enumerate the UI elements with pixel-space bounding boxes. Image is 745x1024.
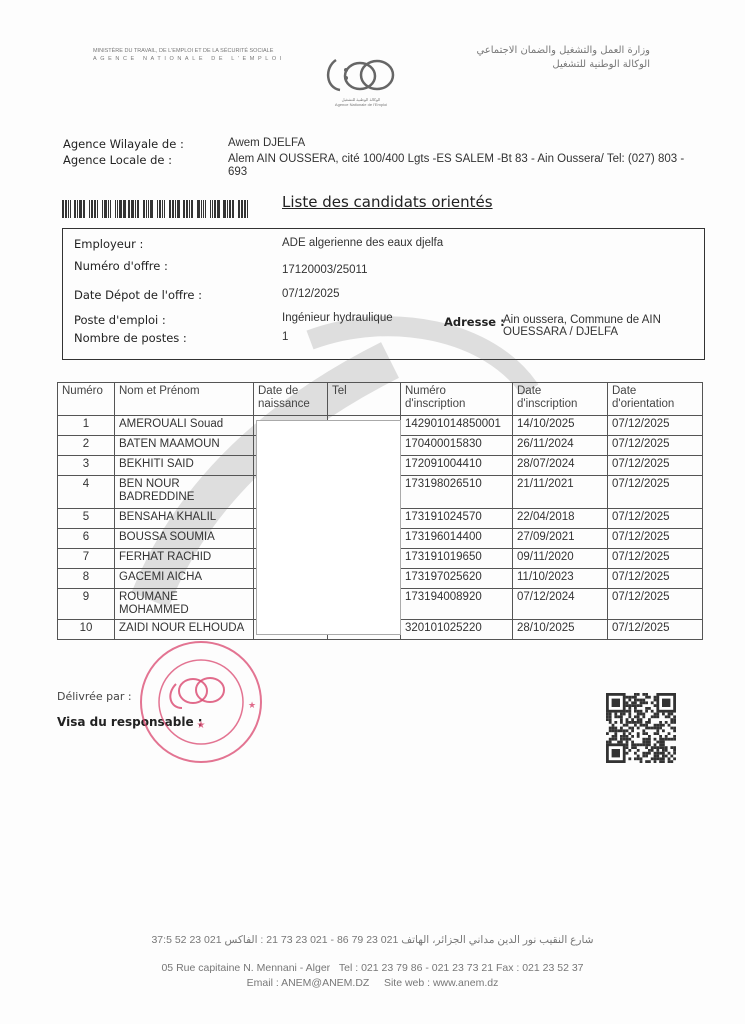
- registration-number-cell: 173191024570: [401, 509, 513, 529]
- registration-date-cell: 26/11/2024: [513, 436, 608, 456]
- footer-phones: Tel : 021 23 79 86 - 021 23 73 21 Fax : …: [339, 962, 584, 974]
- numero-cell: 1: [58, 416, 115, 436]
- ministry-name-fr: MINISTÈRE DU TRAVAIL, DE L'EMPLOI ET DE …: [93, 47, 285, 55]
- registration-date-cell: 28/10/2025: [513, 620, 608, 640]
- qr-code-icon: [606, 693, 676, 763]
- logo-caption: الوكالة الوطنية للتشغيل Agence Nationale…: [316, 97, 406, 107]
- employer-label: Employeur :: [74, 237, 143, 251]
- footer-email-label: Email :: [247, 977, 281, 989]
- agency-name-fr: AGENCE NATIONALE DE L'EMPLOI: [93, 55, 285, 63]
- col-date-inscription: Date d'inscription: [513, 383, 608, 416]
- name-cell: AMEROUALI Souad: [115, 416, 254, 436]
- positions-count-value: 1: [282, 331, 288, 343]
- footer-email-link[interactable]: ANEM@ANEM.DZ: [281, 977, 369, 989]
- name-cell: BEN NOUR BADREDDINE: [115, 476, 254, 509]
- locale-label: Agence Locale de :: [63, 153, 172, 167]
- col-numero-inscription: Numéro d'inscription: [401, 383, 513, 416]
- position-value: Ingénieur hydraulique: [282, 312, 393, 324]
- agency-name-ar: الوكالة الوطنية للتشغيل: [435, 58, 650, 72]
- name-cell: GACEMI AICHA: [115, 569, 254, 589]
- footer-site-label: Site web :: [384, 977, 433, 989]
- name-cell: BATEN MAAMOUN: [115, 436, 254, 456]
- col-nom-prenom: Nom et Prénom: [115, 383, 254, 416]
- numero-cell: 3: [58, 456, 115, 476]
- registration-date-cell: 21/11/2021: [513, 476, 608, 509]
- numero-cell: 5: [58, 509, 115, 529]
- deposit-date-label: Date Dépot de l'offre :: [74, 288, 202, 302]
- registration-date-cell: 14/10/2025: [513, 416, 608, 436]
- name-cell: FERHAT RACHID: [115, 549, 254, 569]
- locale-value: Alem AIN OUSSERA, cité 100/400 Lgts -ES …: [228, 153, 698, 179]
- col-numero: Numéro: [58, 383, 115, 416]
- orientation-date-cell: 07/12/2025: [608, 589, 703, 620]
- employer-value: ADE algerienne des eaux djelfa: [282, 237, 443, 249]
- name-cell: BOUSSA SOUMIA: [115, 529, 254, 549]
- registration-date-cell: 11/10/2023: [513, 569, 608, 589]
- barcode-icon: [62, 200, 250, 218]
- footer-street: 05 Rue capitaine N. Mennani -: [161, 962, 305, 974]
- offer-number-label: Numéro d'offre :: [74, 259, 168, 273]
- numero-cell: 8: [58, 569, 115, 589]
- table-header-row: Numéro Nom et Prénom Date de naissance T…: [58, 383, 703, 416]
- registration-date-cell: 22/04/2018: [513, 509, 608, 529]
- orientation-date-cell: 07/12/2025: [608, 620, 703, 640]
- numero-cell: 6: [58, 529, 115, 549]
- orientation-date-cell: 07/12/2025: [608, 476, 703, 509]
- registration-number-cell: 173198026510: [401, 476, 513, 509]
- position-label: Poste d'emploi :: [74, 313, 166, 327]
- document-title: Liste des candidats orientés: [282, 193, 493, 211]
- orientation-date-cell: 07/12/2025: [608, 416, 703, 436]
- col-tel: Tel: [328, 383, 401, 416]
- name-cell: BEKHITI SAID: [115, 456, 254, 476]
- svg-text:★: ★: [248, 701, 256, 711]
- offer-number-value: 17120003/25011: [282, 264, 368, 276]
- official-stamp-icon: ★ ★: [138, 636, 264, 768]
- numero-cell: 10: [58, 620, 115, 640]
- address-label: Adresse :: [444, 315, 505, 329]
- positions-count-label: Nombre de postes :: [74, 331, 187, 345]
- col-date-naissance: Date de naissance: [254, 383, 328, 416]
- footer-contact: Email : ANEM@ANEM.DZ Site web : www.anem…: [0, 977, 745, 989]
- registration-number-cell: 173191019650: [401, 549, 513, 569]
- numero-cell: 2: [58, 436, 115, 456]
- registration-number-cell: 173197025620: [401, 569, 513, 589]
- footer-city-link[interactable]: Alger: [306, 962, 331, 974]
- numero-cell: 9: [58, 589, 115, 620]
- registration-number-cell: 172091004410: [401, 456, 513, 476]
- registration-date-cell: 27/09/2021: [513, 529, 608, 549]
- delivered-by-label: Délivrée par :: [57, 690, 132, 703]
- registration-number-cell: 142901014850001: [401, 416, 513, 436]
- col-date-orientation: Date d'orientation: [608, 383, 703, 416]
- name-cell: BENSAHA KHALIL: [115, 509, 254, 529]
- redacted-area: [256, 420, 401, 635]
- orientation-date-cell: 07/12/2025: [608, 456, 703, 476]
- ministry-header-ar: وزارة العمل والتشغيل والضمان الاجتماعي ا…: [435, 44, 650, 72]
- ministry-header-fr: MINISTÈRE DU TRAVAIL, DE L'EMPLOI ET DE …: [93, 47, 285, 63]
- orientation-date-cell: 07/12/2025: [608, 549, 703, 569]
- orientation-date-cell: 07/12/2025: [608, 529, 703, 549]
- numero-cell: 4: [58, 476, 115, 509]
- svg-text:★: ★: [197, 720, 206, 731]
- ministry-name-ar: وزارة العمل والتشغيل والضمان الاجتماعي: [435, 44, 650, 58]
- wilayale-label: Agence Wilayale de :: [63, 137, 184, 151]
- footer-address: 05 Rue capitaine N. Mennani - Alger Tel …: [0, 962, 745, 974]
- registration-date-cell: 09/11/2020: [513, 549, 608, 569]
- registration-number-cell: 320101025220: [401, 620, 513, 640]
- logo-caption-fr: Agence Nationale de l'Emploi: [316, 102, 406, 107]
- registration-date-cell: 07/12/2024: [513, 589, 608, 620]
- orientation-date-cell: 07/12/2025: [608, 569, 703, 589]
- registration-date-cell: 28/07/2024: [513, 456, 608, 476]
- footer-website-link[interactable]: www.anem.dz: [433, 977, 498, 989]
- registration-number-cell: 173194008920: [401, 589, 513, 620]
- footer-arabic-address: شارع النقيب نور الدين مداني الجزائر، اله…: [0, 934, 745, 946]
- registration-number-cell: 173196014400: [401, 529, 513, 549]
- deposit-date-value: 07/12/2025: [282, 288, 340, 300]
- name-cell: ROUMANE MOHAMMED: [115, 589, 254, 620]
- wilayale-value: Awem DJELFA: [228, 137, 305, 149]
- numero-cell: 7: [58, 549, 115, 569]
- orientation-date-cell: 07/12/2025: [608, 436, 703, 456]
- registration-number-cell: 170400015830: [401, 436, 513, 456]
- address-value: Ain oussera, Commune de AIN OUESSARA / D…: [503, 314, 683, 338]
- orientation-date-cell: 07/12/2025: [608, 509, 703, 529]
